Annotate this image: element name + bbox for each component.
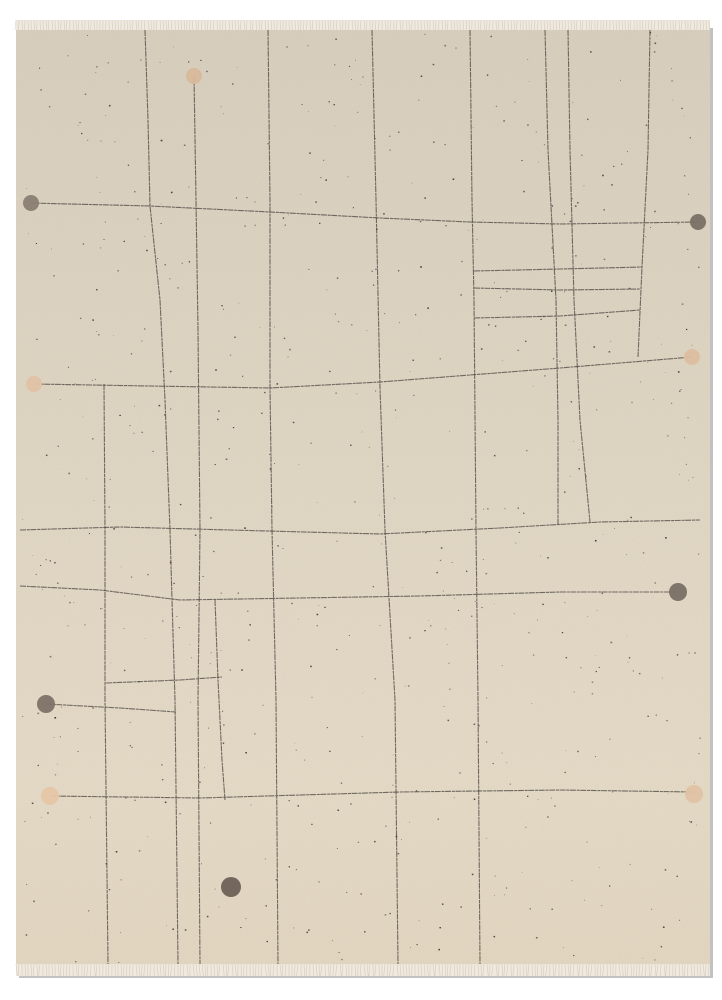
accent-dot [26, 376, 42, 392]
accent-dot [23, 195, 39, 211]
accent-dot [41, 787, 59, 805]
accent-dot [684, 349, 700, 365]
accent-dot [685, 785, 703, 803]
accent-dot [37, 695, 55, 713]
accent-dot [690, 214, 706, 230]
accent-dot [669, 583, 687, 601]
accent-dot [186, 68, 202, 84]
rug-texture [16, 24, 710, 974]
accent-dot [221, 877, 241, 897]
rug-photo [0, 0, 722, 1000]
fringe-bottom [16, 964, 710, 976]
fringe-top [15, 20, 710, 30]
